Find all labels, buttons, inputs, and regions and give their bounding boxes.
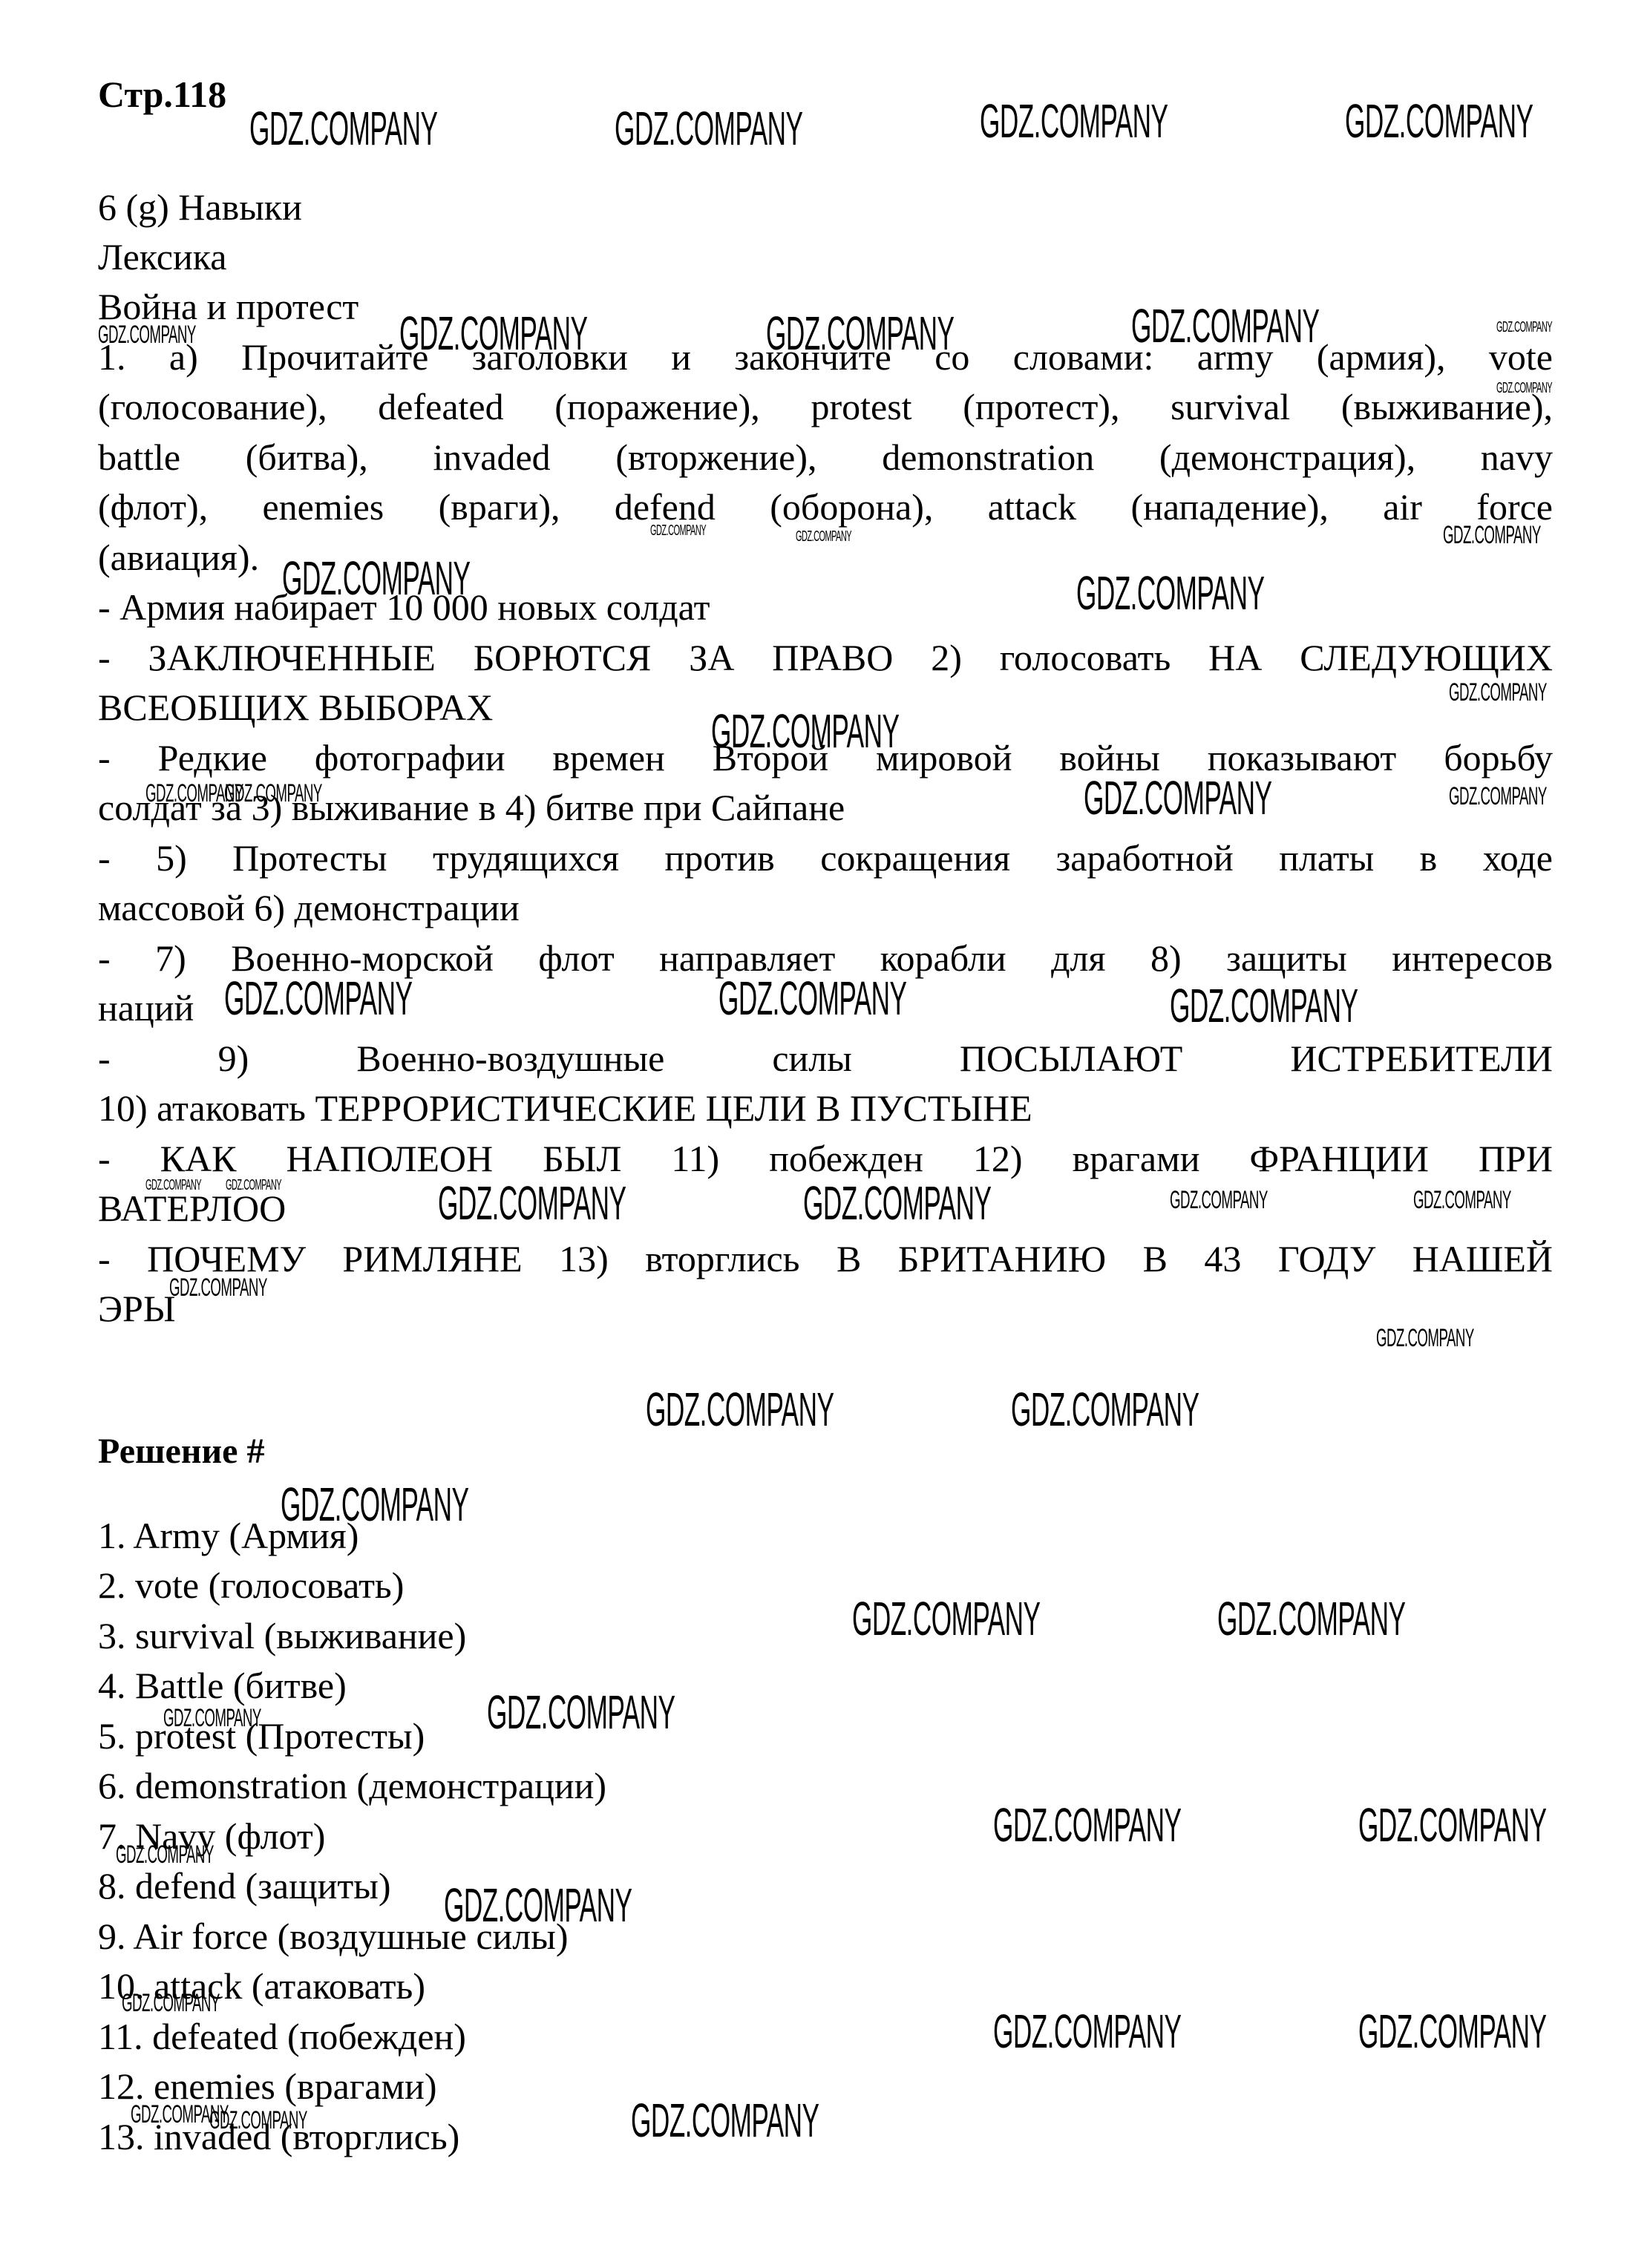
watermark: GDZ.COMPANY — [1217, 1591, 1405, 1646]
watermark: GDZ.COMPANY — [993, 2004, 1181, 2059]
watermark: GDZ.COMPANY — [1011, 1382, 1199, 1437]
headline-4-cont: массовой 6) демонстрации — [98, 883, 1553, 932]
watermark: GDZ.COMPANY — [1358, 1797, 1546, 1852]
watermark: GDZ.COMPANY — [1496, 380, 1552, 397]
watermark: GDZ.COMPANY — [224, 971, 412, 1026]
watermark: GDZ.COMPANY — [1413, 1186, 1511, 1215]
watermark: GDZ.COMPANY — [1449, 678, 1547, 707]
watermark: GDZ.COMPANY — [711, 704, 899, 758]
watermark: GDZ.COMPANY — [1345, 94, 1533, 148]
answer-item: 11. defeated (побежден) — [98, 2012, 466, 2061]
watermark: GDZ.COMPANY — [122, 1989, 220, 2018]
section-number: 6 (g) Навыки — [98, 183, 1553, 232]
headline-6: - 9) Военно-воздушные силы ПОСЫЛАЮТ ИСТР… — [98, 1034, 1553, 1083]
watermark: GDZ.COMPANY — [226, 1177, 281, 1194]
watermark: GDZ.COMPANY — [646, 1382, 834, 1437]
headline-8: - ПОЧЕМУ РИМЛЯНЕ 13) вторглись В БРИТАНИ… — [98, 1234, 1553, 1283]
exercise-line: (флот), enemies (враги), defend (оборона… — [98, 482, 1553, 531]
watermark: GDZ.COMPANY — [803, 1176, 991, 1230]
watermark: GDZ.COMPANY — [438, 1176, 626, 1230]
watermark: GDZ.COMPANY — [282, 551, 470, 606]
watermark: GDZ.COMPANY — [1358, 2004, 1546, 2059]
watermark: GDZ.COMPANY — [209, 2106, 307, 2135]
watermark: GDZ.COMPANY — [1131, 298, 1319, 353]
watermark: GDZ.COMPANY — [444, 1878, 632, 1933]
exercise-line: (голосование), defeated (поражение), pro… — [98, 382, 1553, 431]
watermark: GDZ.COMPANY — [718, 971, 906, 1026]
solution-title: Решение # — [98, 1431, 264, 1472]
watermark: GDZ.COMPANY — [993, 1797, 1181, 1852]
answer-item: 4. Battle (битве) — [98, 1661, 347, 1710]
watermark: GDZ.COMPANY — [766, 306, 954, 361]
answer-item: 5. protest (Протесты) — [98, 1711, 425, 1760]
watermark: GDZ.COMPANY — [487, 1685, 675, 1740]
watermark: GDZ.COMPANY — [163, 1704, 261, 1733]
watermark: GDZ.COMPANY — [98, 321, 196, 350]
answer-item: 3. survival (выживание) — [98, 1611, 466, 1660]
watermark: GDZ.COMPANY — [1376, 1324, 1474, 1353]
document-page: Стр.118 6 (g) Навыки Лексика Война и про… — [0, 0, 1650, 2268]
answer-item: 2. vote (голосовать) — [98, 1561, 404, 1610]
watermark: GDZ.COMPANY — [615, 101, 802, 156]
section-topic: Лексика — [98, 232, 1553, 281]
watermark: GDZ.COMPANY — [1076, 566, 1264, 620]
watermark: GDZ.COMPANY — [169, 1274, 267, 1302]
page-label: Стр.118 — [98, 73, 226, 116]
watermark: GDZ.COMPANY — [145, 1177, 201, 1194]
watermark: GDZ.COMPANY — [224, 779, 322, 808]
watermark: GDZ.COMPANY — [852, 1591, 1040, 1646]
headline-4: - 5) Протесты трудящихся против сокращен… — [98, 833, 1553, 882]
watermark: GDZ.COMPANY — [1084, 770, 1271, 825]
watermark: GDZ.COMPANY — [1449, 782, 1547, 811]
headline-8-cont: ЭРЫ — [98, 1284, 1553, 1333]
watermark: GDZ.COMPANY — [399, 306, 587, 361]
watermark: GDZ.COMPANY — [1443, 521, 1541, 550]
headline-6-cont: 10) атаковать ТЕРРОРИСТИЧЕСКИЕ ЦЕЛИ В ПУ… — [98, 1084, 1553, 1133]
watermark: GDZ.COMPANY — [631, 2093, 819, 2148]
answer-item: 6. demonstration (демонстрации) — [98, 1761, 606, 1810]
watermark: GDZ.COMPANY — [116, 1841, 214, 1869]
exercise-line: battle (битва), invaded (вторжение), dem… — [98, 433, 1553, 482]
watermark: GDZ.COMPANY — [980, 94, 1168, 148]
watermark: GDZ.COMPANY — [1170, 978, 1358, 1033]
watermark: GDZ.COMPANY — [281, 1477, 468, 1532]
headline-2: - ЗАКЛЮЧЕННЫЕ БОРЮТСЯ ЗА ПРАВО 2) голосо… — [98, 633, 1553, 682]
watermark: GDZ.COMPANY — [249, 101, 437, 156]
watermark: GDZ.COMPANY — [1496, 319, 1552, 336]
watermark: GDZ.COMPANY — [796, 528, 851, 545]
watermark: GDZ.COMPANY — [650, 522, 706, 540]
watermark: GDZ.COMPANY — [1170, 1186, 1268, 1215]
